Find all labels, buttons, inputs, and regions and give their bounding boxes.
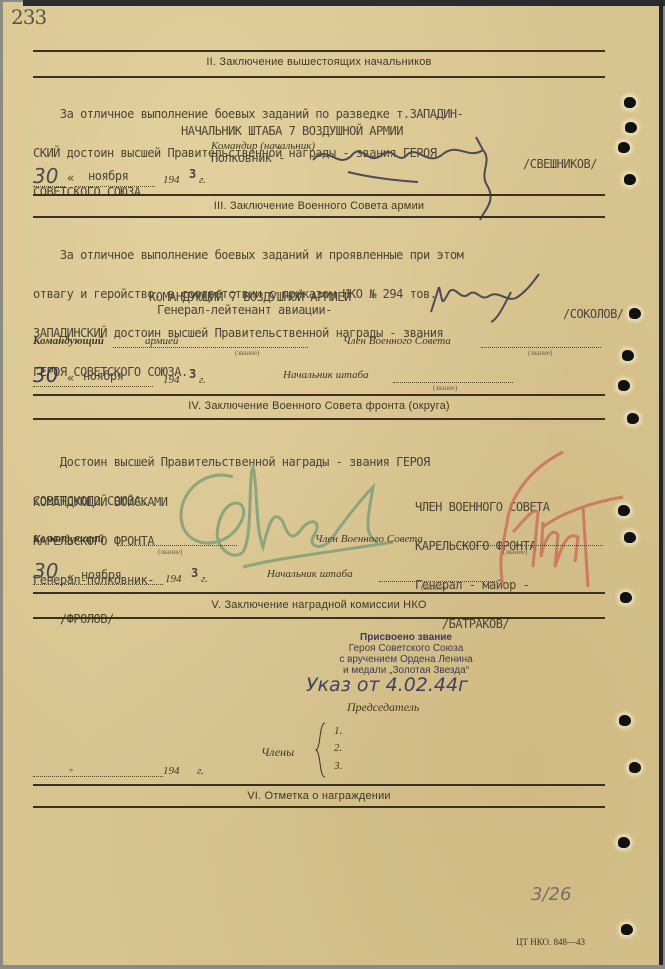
section-4-date-year-suffix: 3 [191, 567, 198, 580]
archive-note: 3/26 [531, 884, 571, 905]
section-3-date-year-prefix: 194 [163, 374, 180, 386]
section-3-date-month: ноября [83, 370, 123, 383]
punch-hole [620, 592, 632, 603]
section-3-commander-value: армией [145, 335, 178, 347]
dotted-line [117, 545, 237, 546]
dotted-line [113, 347, 308, 348]
section-5-date-g: г. [197, 765, 204, 777]
section-3-rank: Генерал-лейтенант авиации- [157, 304, 332, 317]
quote-mark: « [67, 172, 74, 185]
section-4-council-label: Член Военного Совета [315, 533, 423, 545]
section-3-chief-label: Начальник штаба [283, 369, 369, 381]
text-line: /БАТРАКОВ/ [415, 618, 550, 631]
section-4-date-day: 30 [33, 559, 58, 583]
stamp-line: с вручением Ордена Ленина [321, 654, 491, 665]
punch-hole [618, 380, 630, 391]
section-5-title: V. Заключение наградной комиссии НКО [33, 599, 605, 611]
stamp-line: Героя Советского Союза [321, 643, 491, 654]
footer-form-code: ЦТ НКО. 848—43 [516, 937, 585, 947]
punch-hole [619, 715, 631, 726]
section-3-title: III. Заключение Военного Совета армии [33, 200, 605, 212]
section-2-date-year-prefix: 194 [163, 174, 180, 186]
section-6-title: VI. Отметка о награждении [33, 790, 605, 802]
members-label: Члены [261, 745, 294, 760]
dotted-line [33, 386, 153, 387]
dotted-line [33, 584, 163, 585]
section-2-name: /СВЕШНИКОВ/ [523, 158, 597, 171]
rank-hint: (звание) [158, 548, 182, 556]
dotted-line [393, 382, 513, 383]
section-5-date-quote: „ [69, 762, 74, 772]
section-3-commander-label: Командующий [33, 335, 104, 347]
section-2-date-month: ноября [88, 170, 128, 183]
section-3-name: /СОКОЛОВ/ [563, 308, 624, 321]
section-5-date-year-prefix: 194 [163, 765, 180, 777]
signature-batrakov-red [483, 447, 623, 597]
decree-handwritten: Указ от 4.02.44г [306, 674, 468, 696]
divider [33, 50, 605, 52]
rank-hint: (звание) [421, 584, 445, 592]
section-4-date-year-prefix: 194 [165, 573, 182, 585]
text-line: За отличное выполнение боевых заданий по… [33, 108, 463, 121]
punch-hole [618, 505, 630, 516]
rank-hint: (звание) [528, 349, 552, 357]
section-2-date-day: 30 [33, 164, 58, 188]
dotted-line [379, 581, 497, 582]
punch-hole [629, 308, 641, 319]
punch-hole [624, 532, 636, 543]
section-4-commander-label: Командующий [33, 533, 104, 545]
rank-hint: (звание) [503, 548, 527, 556]
divider [33, 418, 605, 420]
section-2-rank: Полковник - [211, 152, 285, 165]
dotted-line [33, 776, 163, 777]
signature-sokolov [421, 272, 551, 322]
dotted-line [75, 186, 155, 187]
punch-hole [618, 142, 630, 153]
divider [33, 784, 605, 786]
divider [33, 617, 605, 619]
divider [33, 806, 605, 808]
section-3-date-day: 30 [33, 363, 58, 387]
dotted-line [33, 186, 65, 187]
award-document-page: 233 II. Заключение вышестоящих начальник… [3, 2, 660, 965]
section-4-date-g: г. [201, 573, 208, 585]
scan-edge-top [23, 0, 665, 6]
section-4-date-month: ноября [81, 569, 121, 582]
brace [315, 722, 327, 778]
text-line: /ФРОЛОВ/ [33, 613, 168, 626]
punch-hole [625, 122, 637, 133]
divider [33, 76, 605, 78]
punch-hole [624, 97, 636, 108]
section-4-chief-label: Начальник штаба [267, 568, 353, 580]
signature-frolov-green [163, 457, 403, 577]
divider [33, 592, 605, 594]
section-3-date-year-suffix: 3 [189, 368, 196, 381]
scan-edge-right [659, 2, 663, 965]
award-stamp: Присвоено звание Героя Советского Союза … [321, 632, 491, 676]
punch-hole [624, 174, 636, 185]
text-line: КОМАНДУЮЩИЙ ВОЙСКАМИ [33, 496, 168, 509]
section-4-title: IV. Заключение Военного Совета фронта (о… [33, 400, 605, 412]
dotted-line [481, 347, 601, 348]
quote-mark: « [67, 372, 74, 385]
divider [33, 394, 605, 396]
dotted-line [453, 545, 603, 546]
punch-hole [622, 350, 634, 361]
divider [33, 216, 605, 218]
punch-hole [629, 762, 641, 773]
quote-mark: « [67, 571, 74, 584]
member-3: 3. [334, 760, 342, 772]
member-1: 1. [334, 725, 342, 737]
punch-hole [627, 413, 639, 424]
punch-hole [621, 924, 633, 935]
text-line: За отличное выполнение боевых заданий и … [33, 249, 463, 262]
rank-hint: (звание) [433, 384, 457, 392]
section-2-date-year-suffix: 3 [189, 168, 196, 181]
section-3-council-label: Член Военного Совета [343, 335, 451, 347]
member-2: 2. [334, 742, 342, 754]
stamp-line: Присвоено звание [321, 632, 491, 643]
punch-hole [618, 837, 630, 848]
section-2-title: II. Заключение вышестоящих начальников [33, 56, 605, 68]
page-number: 233 [11, 5, 46, 29]
section-2-date-g: г. [199, 174, 206, 186]
chairman-label: Председатель [347, 700, 419, 715]
section-3-date-g: г. [199, 374, 206, 386]
divider [33, 194, 605, 196]
rank-hint: (звание) [235, 349, 259, 357]
